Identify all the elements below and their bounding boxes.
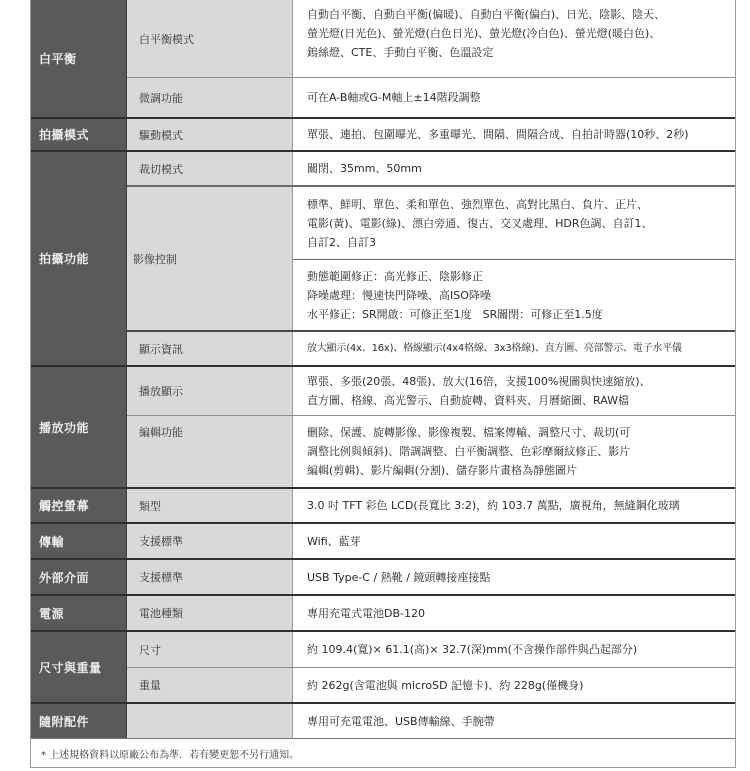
row-value: 標準、鮮明、單色、柔和單色、強烈單色、高對比黑白、負片、正片、 電影(黃)、電影…: [293, 187, 735, 259]
spec-table: 白平衡 白平衡模式 自動白平衡、自動白平衡(偏暖)、自動白平衡(偏白)、日光、陰…: [30, 0, 736, 768]
row-value: 關閉、35mm、50mm: [293, 152, 735, 185]
group-transfer: 傳輸 支援標準 Wifi、藍芽: [31, 522, 735, 558]
row-value: 專用可充電電池、USB傳輸線、手腕帶: [293, 704, 735, 738]
row-label: 微調功能: [127, 78, 293, 117]
group-shooting-mode: 拍攝模式 驅動模式 單張、連拍、包圍曝光、多重曝光、間隔、間隔合成、自拍計時器(…: [31, 117, 735, 150]
row-label: 影像控制: [127, 187, 293, 330]
row-label: 驅動模式: [127, 119, 293, 150]
row-value: 可在A-B軸或G-M軸上±14階段調整: [293, 78, 735, 117]
category-label: 隨附配件: [31, 704, 127, 738]
row-value: 3.0 吋 TFT 彩色 LCD(長寬比 3:2)，約 103.7 萬點，廣視角…: [293, 489, 735, 522]
row-label: 類型: [127, 489, 293, 522]
footnote: * 上述規格資料以原廠公布為準．若有變更恕不另行通知。: [31, 738, 735, 767]
row-label: 裁切模式: [127, 152, 293, 185]
row-value: Wifi、藍芽: [293, 524, 735, 558]
row-label: 電池種類: [127, 596, 293, 630]
row-value: USB Type-C / 熱靴 / 鏡頭轉接座接點: [293, 560, 735, 594]
row-label: 編輯功能: [127, 416, 293, 487]
row-label: [127, 704, 293, 738]
category-label: 觸控螢幕: [31, 489, 127, 522]
group-power: 電源 電池種類 專用充電式電池DB-120: [31, 594, 735, 630]
category-label: 播放功能: [31, 367, 127, 487]
group-size-weight: 尺寸與重量 尺寸 約 109.4(寬)× 61.1(高)× 32.7(深)mm(…: [31, 630, 735, 702]
category-label: 電源: [31, 596, 127, 630]
row-value: 約 109.4(寬)× 61.1(高)× 32.7(深)mm(不含操作部件與凸起…: [293, 632, 735, 667]
row-value: 動態範圍修正：高光修正、陰影修正 降噪處理：慢速快門降噪、高ISO降噪 水平修正…: [293, 259, 735, 330]
category-label: 拍攝模式: [31, 119, 127, 150]
group-external-interface: 外部介面 支援標準 USB Type-C / 熱靴 / 鏡頭轉接座接點: [31, 558, 735, 594]
group-white-balance: 白平衡 白平衡模式 自動白平衡、自動白平衡(偏暖)、自動白平衡(偏白)、日光、陰…: [31, 0, 735, 117]
row-value: 約 262g(含電池與 microSD 記憶卡)、約 228g(僅機身): [293, 668, 735, 702]
category-label: 外部介面: [31, 560, 127, 594]
group-shooting-functions: 拍攝功能 裁切模式 關閉、35mm、50mm 影像控制 標準、鮮明、單色、柔和單…: [31, 150, 735, 365]
category-label: 白平衡: [31, 0, 127, 117]
category-label: 傳輸: [31, 524, 127, 558]
row-label: 重量: [127, 668, 293, 702]
group-touch-screen: 觸控螢幕 類型 3.0 吋 TFT 彩色 LCD(長寬比 3:2)，約 103.…: [31, 487, 735, 522]
row-value: 刪除、保護、旋轉影像、影像複製、檔案傳輸、調整尺寸、裁切(可 調整比例與傾斜)、…: [293, 416, 735, 487]
row-label: 白平衡模式: [127, 0, 293, 77]
row-label: 支援標準: [127, 560, 293, 594]
row-label: 播放顯示: [127, 367, 293, 415]
row-value: 單張、多張(20張、48張)、放大(16倍，支援100%視圖與快速縮放)、 直方…: [293, 367, 735, 415]
row-value: 單張、連拍、包圍曝光、多重曝光、間隔、間隔合成、自拍計時器(10秒、2秒): [293, 119, 735, 150]
category-label: 拍攝功能: [31, 152, 127, 365]
row-value: 自動白平衡、自動白平衡(偏暖)、自動白平衡(偏白)、日光、陰影、陰天、 螢光燈(…: [293, 0, 735, 67]
row-label: 尺寸: [127, 632, 293, 667]
row-value: 專用充電式電池DB-120: [293, 596, 735, 630]
row-label: 顯示資訊: [127, 332, 293, 365]
group-accessories: 隨附配件 專用可充電電池、USB傳輸線、手腕帶: [31, 702, 735, 738]
row-label: 支援標準: [127, 524, 293, 558]
group-playback-functions: 播放功能 播放顯示 單張、多張(20張、48張)、放大(16倍，支援100%視圖…: [31, 365, 735, 487]
category-label: 尺寸與重量: [31, 632, 127, 702]
row-value: 放大顯示(4x、16x)、格線顯示(4x4格線、3x3格線)、直方圖、亮部警示、…: [293, 332, 735, 365]
